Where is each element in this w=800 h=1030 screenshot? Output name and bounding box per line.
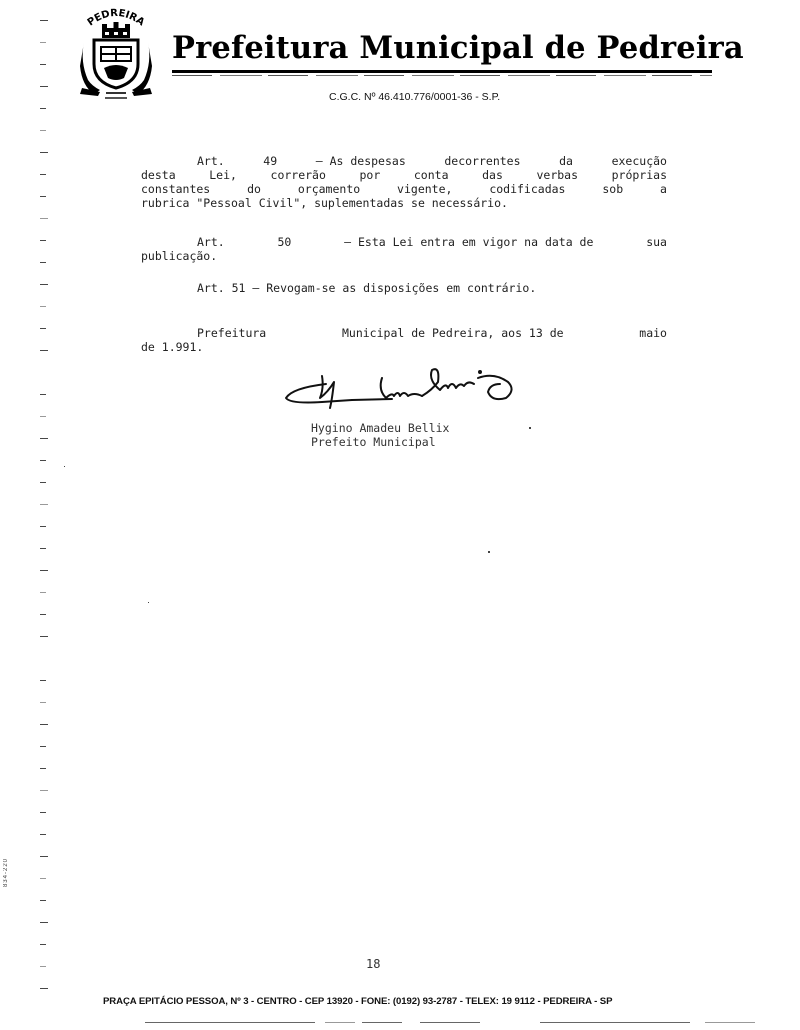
margin-tick xyxy=(40,438,48,439)
margin-tick xyxy=(40,944,46,945)
text-line: Art.50– Esta Lei entra em vigor na data … xyxy=(141,235,667,249)
word: Prefeitura xyxy=(197,326,266,340)
text-line: rubrica "Pessoal Civil", suplementadas s… xyxy=(141,196,667,210)
word: da xyxy=(559,154,573,168)
margin-tick xyxy=(40,42,46,43)
signer-role: Prefeito Municipal xyxy=(311,435,436,449)
margin-tick xyxy=(40,416,46,417)
margin-tick xyxy=(40,86,48,87)
text-line: publicação. xyxy=(141,249,667,263)
word: verbas xyxy=(536,168,578,182)
margin-tick xyxy=(40,922,48,923)
text-line: Art. 51 – Revogam-se as disposições em c… xyxy=(141,281,667,295)
margin-tick xyxy=(40,636,48,637)
footer-rule xyxy=(362,1022,402,1023)
margin-tick xyxy=(40,614,46,615)
title-rule-secondary xyxy=(172,75,712,76)
word: desta xyxy=(141,168,176,182)
margin-tick xyxy=(40,196,46,197)
word: Art. 51 – Revogam-se as disposições em c… xyxy=(197,281,536,295)
speck xyxy=(64,466,65,467)
document-page: 834-220 PEDREIRA Prefeitura Municipal xyxy=(0,0,800,1030)
article-50: Art.50– Esta Lei entra em vigor na data … xyxy=(141,235,667,263)
side-stamp: 834-220 xyxy=(3,858,11,958)
word: Municipal de Pedreira, aos 13 de xyxy=(342,326,564,340)
margin-tick xyxy=(40,152,48,153)
word: Lei, xyxy=(209,168,237,182)
word: codificadas xyxy=(489,182,565,196)
margin-tick xyxy=(40,768,46,769)
article-49: Art.49– As despesasdecorrentesdaexecução… xyxy=(141,154,667,210)
margin-tick xyxy=(40,548,46,549)
speck xyxy=(529,427,531,429)
word: decorrentes xyxy=(444,154,520,168)
margin-tick xyxy=(40,218,48,219)
margin-tick xyxy=(40,504,48,505)
margin-tick xyxy=(40,174,46,175)
text-line: PrefeituraMunicipal de Pedreira, aos 13 … xyxy=(141,326,667,340)
text-line: destaLei,correrãoporcontadasverbasprópri… xyxy=(141,168,667,182)
word: sua xyxy=(646,235,667,249)
margin-tick xyxy=(40,746,46,747)
word: Art. xyxy=(197,154,225,168)
word: próprias xyxy=(612,168,667,182)
margin-tick xyxy=(40,878,46,879)
margin-tick xyxy=(40,306,46,307)
margin-tick xyxy=(40,812,46,813)
word: do xyxy=(247,182,261,196)
margin-tick xyxy=(40,262,46,263)
signer-block: Hygino Amadeu Bellix Prefeito Municipal xyxy=(311,421,449,449)
text-line: constantesdoorçamentovigente,codificadas… xyxy=(141,182,667,196)
footer-rule xyxy=(705,1022,755,1023)
word: vigente, xyxy=(397,182,452,196)
margin-tick xyxy=(40,856,48,857)
margin-tick xyxy=(40,394,46,395)
margin-tick xyxy=(40,966,46,967)
word: sob xyxy=(602,182,623,196)
signature xyxy=(282,362,522,422)
margin-tick xyxy=(40,790,48,791)
margin-tick xyxy=(40,592,46,593)
coat-of-arms-logo: PEDREIRA xyxy=(78,2,154,102)
text-line: Art.49– As despesasdecorrentesdaexecução xyxy=(141,154,667,168)
word: publicação. xyxy=(141,249,217,263)
margin-tick xyxy=(40,834,46,835)
word: de 1.991. xyxy=(141,340,203,354)
word: das xyxy=(482,168,503,182)
signer-name: Hygino Amadeu Bellix xyxy=(311,421,449,435)
word: Art. xyxy=(197,235,225,249)
margin-tick xyxy=(40,570,48,571)
margin-tick xyxy=(40,680,46,681)
margin-tick xyxy=(40,328,46,329)
letterhead-footer: PRAÇA EPITÁCIO PESSOA, Nº 3 - CENTRO - C… xyxy=(103,996,612,1007)
letterhead-title: Prefeitura Municipal de Pedreira xyxy=(172,30,744,66)
side-stamp-text: 834-220 xyxy=(3,858,9,887)
margin-tick xyxy=(40,702,46,703)
margin-tick xyxy=(40,350,48,351)
title-rule xyxy=(172,70,712,73)
margin-tick xyxy=(40,284,48,285)
word: execução xyxy=(612,154,667,168)
article-51: Art. 51 – Revogam-se as disposições em c… xyxy=(141,281,667,295)
text-line: de 1.991. xyxy=(141,340,667,354)
margin-tick xyxy=(40,20,48,21)
page-number: 18 xyxy=(366,957,380,971)
word: constantes xyxy=(141,182,210,196)
footer-rule xyxy=(420,1022,480,1023)
speck xyxy=(488,551,490,553)
word: orçamento xyxy=(298,182,360,196)
word: maio xyxy=(639,326,667,340)
footer-rule xyxy=(325,1022,355,1023)
margin-tick xyxy=(40,130,46,131)
margin-tick xyxy=(40,724,48,725)
margin-tick xyxy=(40,240,46,241)
word: 49 xyxy=(263,154,277,168)
word: rubrica "Pessoal Civil", suplementadas s… xyxy=(141,196,508,210)
word: por xyxy=(360,168,381,182)
word: – As despesas xyxy=(316,154,406,168)
margin-tick xyxy=(40,482,46,483)
footer-rule xyxy=(540,1022,690,1023)
speck xyxy=(148,602,149,603)
margin-ticks xyxy=(38,0,52,1030)
margin-tick xyxy=(40,108,46,109)
cgc-number: C.G.C. Nº 46.410.776/0001-36 - S.P. xyxy=(329,91,500,103)
word: – Esta Lei entra em vigor na data de xyxy=(344,235,593,249)
margin-tick xyxy=(40,460,46,461)
word: a xyxy=(660,182,667,196)
margin-tick xyxy=(40,526,46,527)
word: correrão xyxy=(271,168,326,182)
word: conta xyxy=(414,168,449,182)
footer-rule xyxy=(145,1022,315,1023)
word: 50 xyxy=(278,235,292,249)
margin-tick xyxy=(40,64,46,65)
margin-tick xyxy=(40,988,48,989)
margin-tick xyxy=(40,900,46,901)
closing-date: PrefeituraMunicipal de Pedreira, aos 13 … xyxy=(141,326,667,354)
